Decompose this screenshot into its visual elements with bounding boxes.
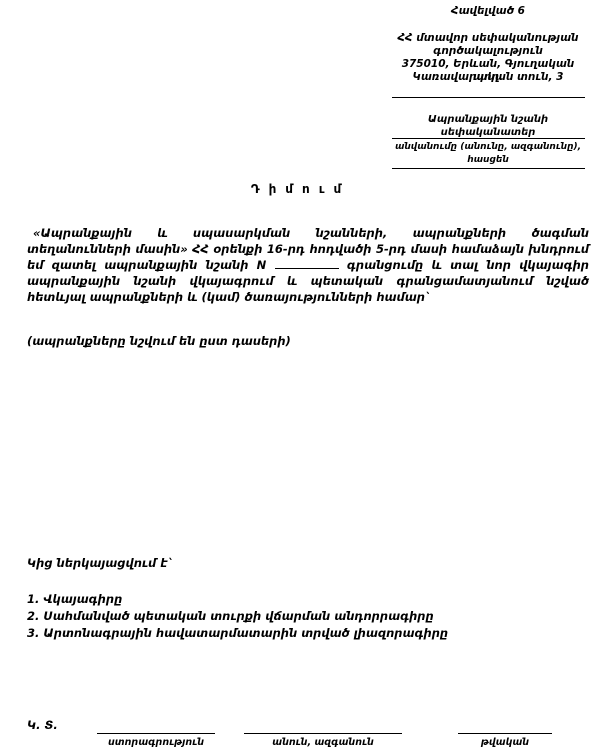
addressee-line-4: Կառավարական տուն, 3 xyxy=(388,71,588,84)
name-caption: անուն, ազգանուն xyxy=(244,737,402,748)
addressee-line-2: գործակալություն xyxy=(388,45,588,58)
date-line[interactable] xyxy=(458,733,552,734)
header-divider xyxy=(392,97,585,98)
document-title: Դիմում xyxy=(0,182,601,196)
attachment-item: 1. Վկայագիրը xyxy=(27,592,122,606)
request-paragraph: «Ապրանքային և սպասարկման նշանների, ապրան… xyxy=(27,225,589,305)
appendix-label: Հավելված 6 xyxy=(388,5,588,18)
goods-note: (ապրանքները նշվում են ըստ դասերի) xyxy=(27,334,291,348)
attachments-heading: Կից ներկայացվում է` xyxy=(27,556,173,570)
attachment-item: 3. Արտոնագրային հավատարմատարին տրված լիա… xyxy=(27,626,448,640)
applicant-line-2 xyxy=(392,168,585,169)
name-line[interactable] xyxy=(244,733,402,734)
applicant-caption: Ապրանքային նշանի սեփականատեր xyxy=(388,113,588,139)
stamp-label: Կ. Տ. xyxy=(27,718,58,732)
date-caption: թվական xyxy=(458,737,552,748)
registration-number-field[interactable] xyxy=(275,259,339,269)
attachment-item: 2. Սահմանված պետական տուրքի վճարման անդո… xyxy=(27,609,434,623)
applicant-line xyxy=(392,138,585,139)
applicant-subcaption: անվանումը (անունը, ազգանունը), հասցեն xyxy=(388,141,588,167)
signature-line[interactable] xyxy=(97,733,215,734)
signature-caption: ստորագրություն xyxy=(97,737,215,748)
addressee-line-1: ՀՀ մտավոր սեփականության xyxy=(388,32,588,45)
